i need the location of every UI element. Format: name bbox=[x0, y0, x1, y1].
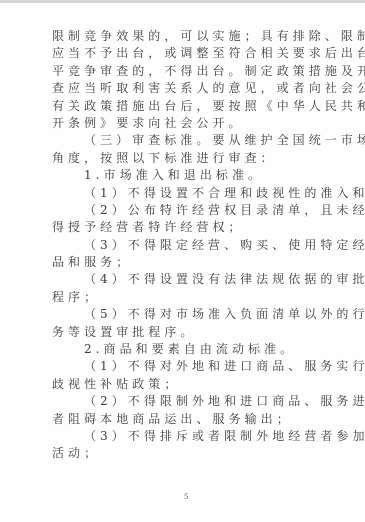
document-page: 限制竞争效果的，可以实施；具有排除、限制竞争效果的， 应当不予出台，或调整至符合… bbox=[0, 3, 365, 522]
subsection-heading-line: 2.商品和要素自由流动标准。 bbox=[52, 341, 328, 358]
text-line: 活动； bbox=[52, 445, 328, 462]
list-item-line: （3）不得限定经营、购买、使用特定经营者提供的商 bbox=[52, 237, 328, 254]
text-line: 程序； bbox=[52, 289, 328, 306]
list-item-line: （2）公布特许经营权目录清单，且未经公平竞争，不 bbox=[52, 202, 328, 219]
list-item-line: （1）不得对外地和进口商品、服务实行歧视性价格和 bbox=[52, 358, 328, 375]
text-line: 有关政策措施出台后，要按照《中华人民共和国政府信息公 bbox=[52, 98, 328, 115]
text-line: 歧视性补贴政策； bbox=[52, 376, 328, 393]
text-line: 平竞争审查的，不得出台。制定政策措施及开展公平竞争审 bbox=[52, 63, 328, 80]
list-item-line: （5）不得对市场准入负面清单以外的行业、领域、业 bbox=[52, 306, 328, 323]
section-heading-line: （三）审查标准。要从维护全国统一市场和公平竞争的 bbox=[52, 132, 328, 149]
list-item-line: （1）不得设置不合理和歧视性的准入和退出条件； bbox=[52, 185, 328, 202]
list-item-line: （4）不得设置没有法律法规依据的审批或者事前备案 bbox=[52, 271, 328, 288]
text-line: 查应当听取利害关系人的意见，或者向社会公开征求意见。 bbox=[52, 80, 328, 97]
text-line: 务等设置审批程序。 bbox=[52, 324, 328, 341]
text-line: 得授予经营者特许经营权； bbox=[52, 219, 328, 236]
text-line: 应当不予出台，或调整至符合相关要求后出台。没有进行公 bbox=[52, 45, 328, 62]
text-line: 限制竞争效果的，可以实施；具有排除、限制竞争效果的， bbox=[52, 28, 328, 45]
text-line: 开条例》要求向社会公开。 bbox=[52, 115, 328, 132]
text-line: 角度，按照以下标准进行审查： bbox=[52, 150, 328, 167]
subsection-heading-line: 1.市场准入和退出标准。 bbox=[52, 167, 328, 184]
list-item-line: （2）不得限制外地和进口商品、服务进入本地市场或 bbox=[52, 393, 328, 410]
document-body: 限制竞争效果的，可以实施；具有排除、限制竞争效果的， 应当不予出台，或调整至符合… bbox=[52, 28, 328, 463]
list-item-line: （3）不得排斥或者限制外地经营者参加本地招标投标 bbox=[52, 428, 328, 445]
text-line: 品和服务； bbox=[52, 254, 328, 271]
page-number: 5 bbox=[184, 493, 188, 501]
text-line: 者阻碍本地商品运出、服务输出； bbox=[52, 411, 328, 428]
